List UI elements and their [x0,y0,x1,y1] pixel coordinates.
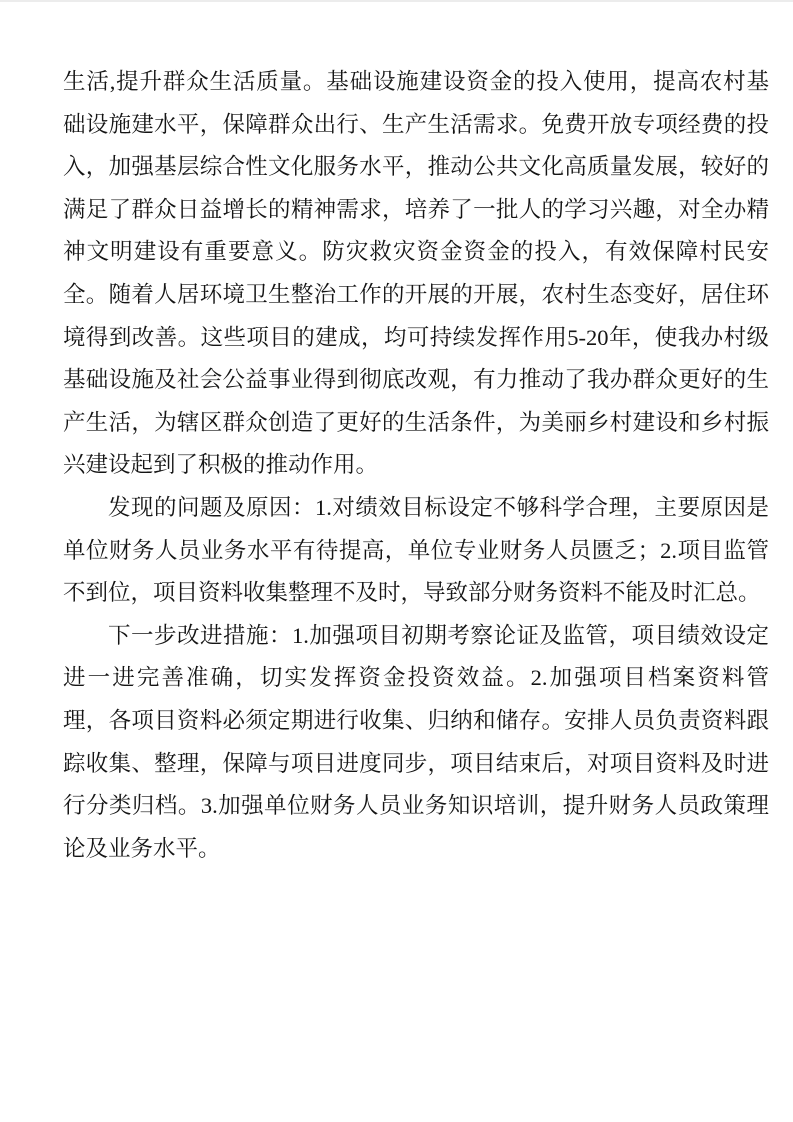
text-line: 单位财务人员业务水平有待提高，单位专业财务人员匮乏；2.项目监管 [63,530,769,573]
text-line: 产生活，为辖区群众创造了更好的生活条件，为美丽乡村建设和乡村振 [63,402,769,445]
text-line: 全。随着人居环境卫生整治工作的开展的开展，农村生态变好，居住环 [63,274,769,317]
paragraph-improvement-measures: 下一步改进措施：1.加强项目初期考察论证及监管，项目绩效设定 进一进完善准确，切… [63,615,769,871]
text-line: 发现的问题及原因：1.对绩效目标设定不够科学合理，主要原因是 [63,487,769,530]
text-line: 满足了群众日益增长的精神需求，培养了一批人的学习兴趣，对全办精 [63,189,769,232]
text-line: 不到位，项目资料收集整理不及时，导致部分财务资料不能及时汇总。 [63,572,769,615]
paragraph-project-benefits: 生活,提升群众生活质量。基础设施建设资金的投入使用，提高农村基 础设施建水平，保… [63,61,769,487]
text-line: 基础设施及社会公益事业得到彻底改观，有力推动了我办群众更好的生 [63,359,769,402]
text-line: 理，各项目资料必须定期进行收集、归纳和储存。安排人员负责资料跟 [63,700,769,743]
document-text-block: 生活,提升群众生活质量。基础设施建设资金的投入使用，提高农村基 础设施建水平，保… [63,61,769,870]
document-page: 生活,提升群众生活质量。基础设施建设资金的投入使用，提高农村基 础设施建水平，保… [0,0,793,1122]
text-line: 行分类归档。3.加强单位财务人员业务知识培训，提升财务人员政策理 [63,785,769,828]
text-line: 入，加强基层综合性文化服务水平，推动公共文化高质量发展，较好的 [63,146,769,189]
text-line: 境得到改善。这些项目的建成，均可持续发挥作用5-20年，使我办村级 [63,317,769,360]
text-line: 础设施建水平，保障群众出行、生产生活需求。免费开放专项经费的投 [63,104,769,147]
text-line: 论及业务水平。 [63,828,769,871]
text-line: 踪收集、整理，保障与项目进度同步，项目结束后，对项目资料及时进 [63,743,769,786]
text-line: 神文明建设有重要意义。防灾救灾资金资金的投入，有效保障村民安 [63,231,769,274]
text-line: 兴建设起到了积极的推动作用。 [63,444,769,487]
paragraph-problems-causes: 发现的问题及原因：1.对绩效目标设定不够科学合理，主要原因是 单位财务人员业务水… [63,487,769,615]
text-line: 生活,提升群众生活质量。基础设施建设资金的投入使用，提高农村基 [63,61,769,104]
text-line: 下一步改进措施：1.加强项目初期考察论证及监管，项目绩效设定 [63,615,769,658]
text-line: 进一进完善准确，切实发挥资金投资效益。2.加强项目档案资料管 [63,657,769,700]
